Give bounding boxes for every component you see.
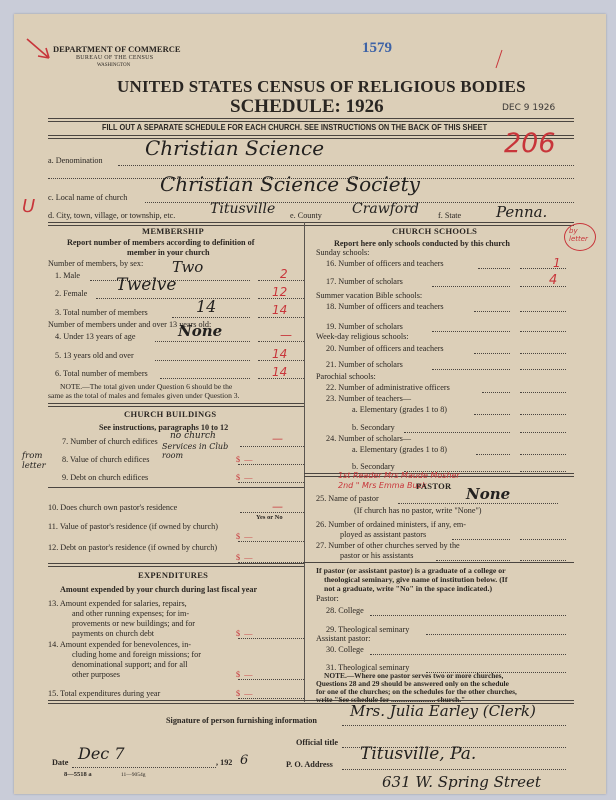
from-letter-margin-note: from letter [22, 451, 52, 471]
total-members-6-count-field[interactable]: 14 [272, 365, 287, 379]
denomination-field[interactable]: Christian Science [145, 136, 324, 160]
q22-label: 22. Number of administrative officers [326, 383, 450, 392]
signature-label: Signature of person furnishing informati… [166, 716, 317, 725]
under-13-count-field[interactable]: — [280, 328, 292, 342]
received-date-stamp: DEC 9 1926 [502, 103, 555, 113]
total-members-6-label: 6. Total number of members [55, 369, 148, 378]
over-13-count-field[interactable]: 14 [272, 347, 287, 361]
residence-debt-field[interactable]: $ — [236, 553, 252, 562]
total-members-count-field[interactable]: 14 [272, 303, 287, 317]
male-written-field[interactable]: Two [172, 258, 203, 276]
instruction-banner: FILL OUT A SEPARATE SCHEDULE FOR EACH CH… [102, 123, 487, 132]
graduate-note: If pastor (or assistant pastor) is a gra… [316, 566, 506, 575]
q14-label-2: cluding home and foreign missions; for [72, 650, 201, 659]
q13-label-3: provements or new buildings; and for [72, 619, 195, 628]
female-label: 2. Female [55, 289, 87, 298]
female-count-field[interactable]: 12 [272, 285, 287, 299]
department-label: DEPARTMENT OF COMMERCE [53, 44, 181, 54]
membership-title: MEMBERSHIP [142, 226, 204, 236]
q25-label: 25. Name of pastor [316, 494, 379, 503]
q17-label: 17. Number of scholars [326, 277, 403, 286]
q14-amount-field[interactable]: $ — [236, 670, 252, 679]
first-reader-note: 1st Reader Mrs Maude Mosher [338, 471, 460, 480]
membership-subtitle-2: member in your church [127, 248, 210, 257]
buildings-title: CHURCH BUILDINGS [124, 409, 216, 419]
pastor-title: PASTOR [416, 481, 452, 491]
owns-residence-label: 10. Does church own pastor's residence [48, 503, 177, 512]
expenditures-subtitle: Amount expended by your church during la… [60, 585, 257, 594]
weekday-schools-label: Week-day religious schools: [316, 332, 409, 341]
membership-note: NOTE.—The total given under Question 6 s… [60, 382, 232, 391]
q29-label: 29. Theological seminary [326, 625, 409, 634]
q23b-label: b. Secondary [352, 423, 395, 432]
expenditures-title: EXPENDITURES [138, 570, 208, 580]
q14-label: 14. Amount expended for benevolences, in… [48, 640, 191, 649]
q15-amount-field[interactable]: $ — [236, 689, 252, 698]
schools-subtitle: Report here only schools conducted by th… [334, 239, 510, 248]
q24a-label: a. Elementary (grades 1 to 8) [352, 445, 447, 454]
q14-label-3: denominational support; and for all [72, 660, 188, 669]
official-title-label: Official title [296, 738, 338, 747]
sunday-schools-label: Sunday schools: [316, 248, 369, 257]
q21-label: 21. Number of scholars [326, 360, 403, 369]
edifices-value-label: 8. Value of church edifices [62, 455, 149, 464]
q26-label-2: ployed as assistant pastors [340, 530, 426, 539]
q13-label: 13. Amount expended for salaries, repair… [48, 599, 187, 608]
q13-amount-field[interactable]: $ — [236, 629, 252, 638]
po-address-field[interactable]: Titusville, Pa. [360, 744, 476, 764]
membership-subtitle: Report number of members according to de… [67, 238, 254, 247]
q14-label-4: other purposes [72, 670, 120, 679]
edifices-count-field[interactable]: — [272, 432, 283, 445]
local-name-field[interactable]: Christian Science Society [160, 172, 420, 196]
state-field[interactable]: Penna. [496, 203, 547, 221]
column-divider [304, 222, 305, 702]
total-members-label: 3. Total number of members [55, 308, 148, 317]
edifices-count-written-field[interactable]: no church [170, 431, 216, 441]
edifices-debt-label: 9. Debt on church edifices [62, 473, 148, 482]
form-code: 8—5518 a [64, 771, 92, 778]
bureau-label: BUREAU OF THE CENSUS [76, 55, 153, 61]
year-field[interactable]: 6 [240, 753, 248, 768]
graduate-note-3: not a graduate, write "No" in the space … [324, 584, 492, 593]
stamp-number: 1579 [362, 40, 392, 57]
po-address-label: P. O. Address [286, 760, 333, 769]
residence-value-label: 11. Value of pastor's residence (if owne… [48, 522, 238, 532]
form-title: UNITED STATES CENSUS OF RELIGIOUS BODIES [117, 77, 526, 97]
red-code-mark: 206 [504, 128, 556, 159]
summer-schools-label: Summer vacation Bible schools: [316, 291, 422, 300]
q13-label-4: payments on church debt [72, 629, 154, 638]
edifices-count-label: 7. Number of church edifices [62, 437, 158, 446]
q15-label: 15. Total expenditures during year [48, 689, 160, 698]
under-13-written-field[interactable]: None [178, 322, 222, 340]
under-13-label: 4. Under 13 years of age [55, 332, 135, 341]
county-label: e. County [290, 211, 322, 220]
city-label: WASHINGTON [97, 63, 130, 68]
q24b-label: b. Secondary [352, 462, 395, 471]
q30-label: 30. College [326, 645, 364, 654]
second-reader-note: 2nd " Mrs Emma Buck [338, 481, 427, 490]
q16-label: 16. Number of officers and teachers [326, 259, 444, 268]
local-name-label: c. Local name of church [48, 193, 127, 202]
q20-label: 20. Number of officers and teachers [326, 344, 444, 353]
female-written-field[interactable]: Twelve [116, 275, 176, 295]
county-field[interactable]: Crawford [352, 201, 419, 217]
by-letter-note: by letter [569, 227, 593, 243]
street-address-field[interactable]: 631 W. Spring Street [382, 773, 541, 791]
pastor-subhead: Pastor: [316, 594, 339, 603]
q27-label: 27. Number of other churches served by t… [316, 541, 460, 550]
parochial-schools-label: Parochial schools: [316, 372, 376, 381]
q16-field[interactable]: 1 [553, 256, 561, 270]
male-count-field[interactable]: 2 [280, 267, 288, 281]
pastor-name-field[interactable]: None [466, 485, 510, 503]
residence-debt-label: 12. Debt on pastor's residence (if owned… [48, 543, 238, 553]
city-label: d. City, town, village, or township, etc… [48, 211, 175, 220]
q23a-label: a. Elementary (grades 1 to 8) [352, 405, 447, 414]
q28-label: 28. College [326, 606, 364, 615]
assistant-pastor-subhead: Assistant pastor: [316, 634, 370, 643]
male-label: 1. Male [55, 271, 80, 280]
q27-label-2: pastor or his assistants [340, 551, 413, 560]
q24-label: 24. Number of scholars— [326, 434, 411, 443]
signature-field[interactable]: Mrs. Julia Earley (Clerk) [350, 702, 536, 720]
edifices-value-written-field[interactable]: Services in Club room [162, 442, 234, 460]
q13-label-2: and other running expenses; for im- [72, 609, 189, 618]
membership-note-2: same as the total of males and females g… [48, 391, 239, 400]
total-members-written-field[interactable]: 14 [196, 297, 216, 316]
date-field[interactable]: Dec 7 [78, 744, 125, 763]
red-check-mark-icon [494, 48, 504, 70]
state-label: f. State [438, 211, 461, 220]
q23-label: 23. Number of teachers— [326, 394, 411, 403]
schools-title: CHURCH SCHOOLS [392, 226, 477, 236]
red-margin-mark: U [22, 196, 35, 217]
q26-label: 26. Number of ordained ministers, if any… [316, 520, 466, 529]
by-sex-label: Number of members, by sex: [48, 259, 143, 268]
year-prefix: , 192 [216, 758, 232, 767]
red-arrow-mark-icon [24, 36, 54, 66]
q19-label: 19. Number of scholars [326, 322, 403, 331]
form-subtitle: SCHEDULE: 1926 [230, 96, 384, 118]
edifices-debt-field[interactable]: $ — [236, 473, 252, 482]
q18-label: 18. Number of officers and teachers [326, 302, 444, 311]
q17-field[interactable]: 4 [549, 273, 557, 288]
header-rule [48, 118, 574, 122]
graduate-note-2: theological seminary, give name of insti… [324, 575, 507, 584]
date-label: Date [52, 758, 68, 767]
yes-no-hint: Yes or No [256, 514, 283, 521]
owns-residence-field[interactable]: — [272, 500, 283, 513]
print-code: 11—9054g [121, 772, 146, 778]
residence-value-field[interactable]: $ — [236, 532, 252, 541]
over-13-label: 5. 13 years old and over [55, 351, 134, 360]
edifices-value-field[interactable]: $ — [236, 455, 252, 464]
city-field[interactable]: Titusville [210, 201, 275, 217]
q25-hint: (If church has no pastor, write "None") [354, 506, 482, 515]
denomination-label: a. Denomination [48, 156, 103, 165]
